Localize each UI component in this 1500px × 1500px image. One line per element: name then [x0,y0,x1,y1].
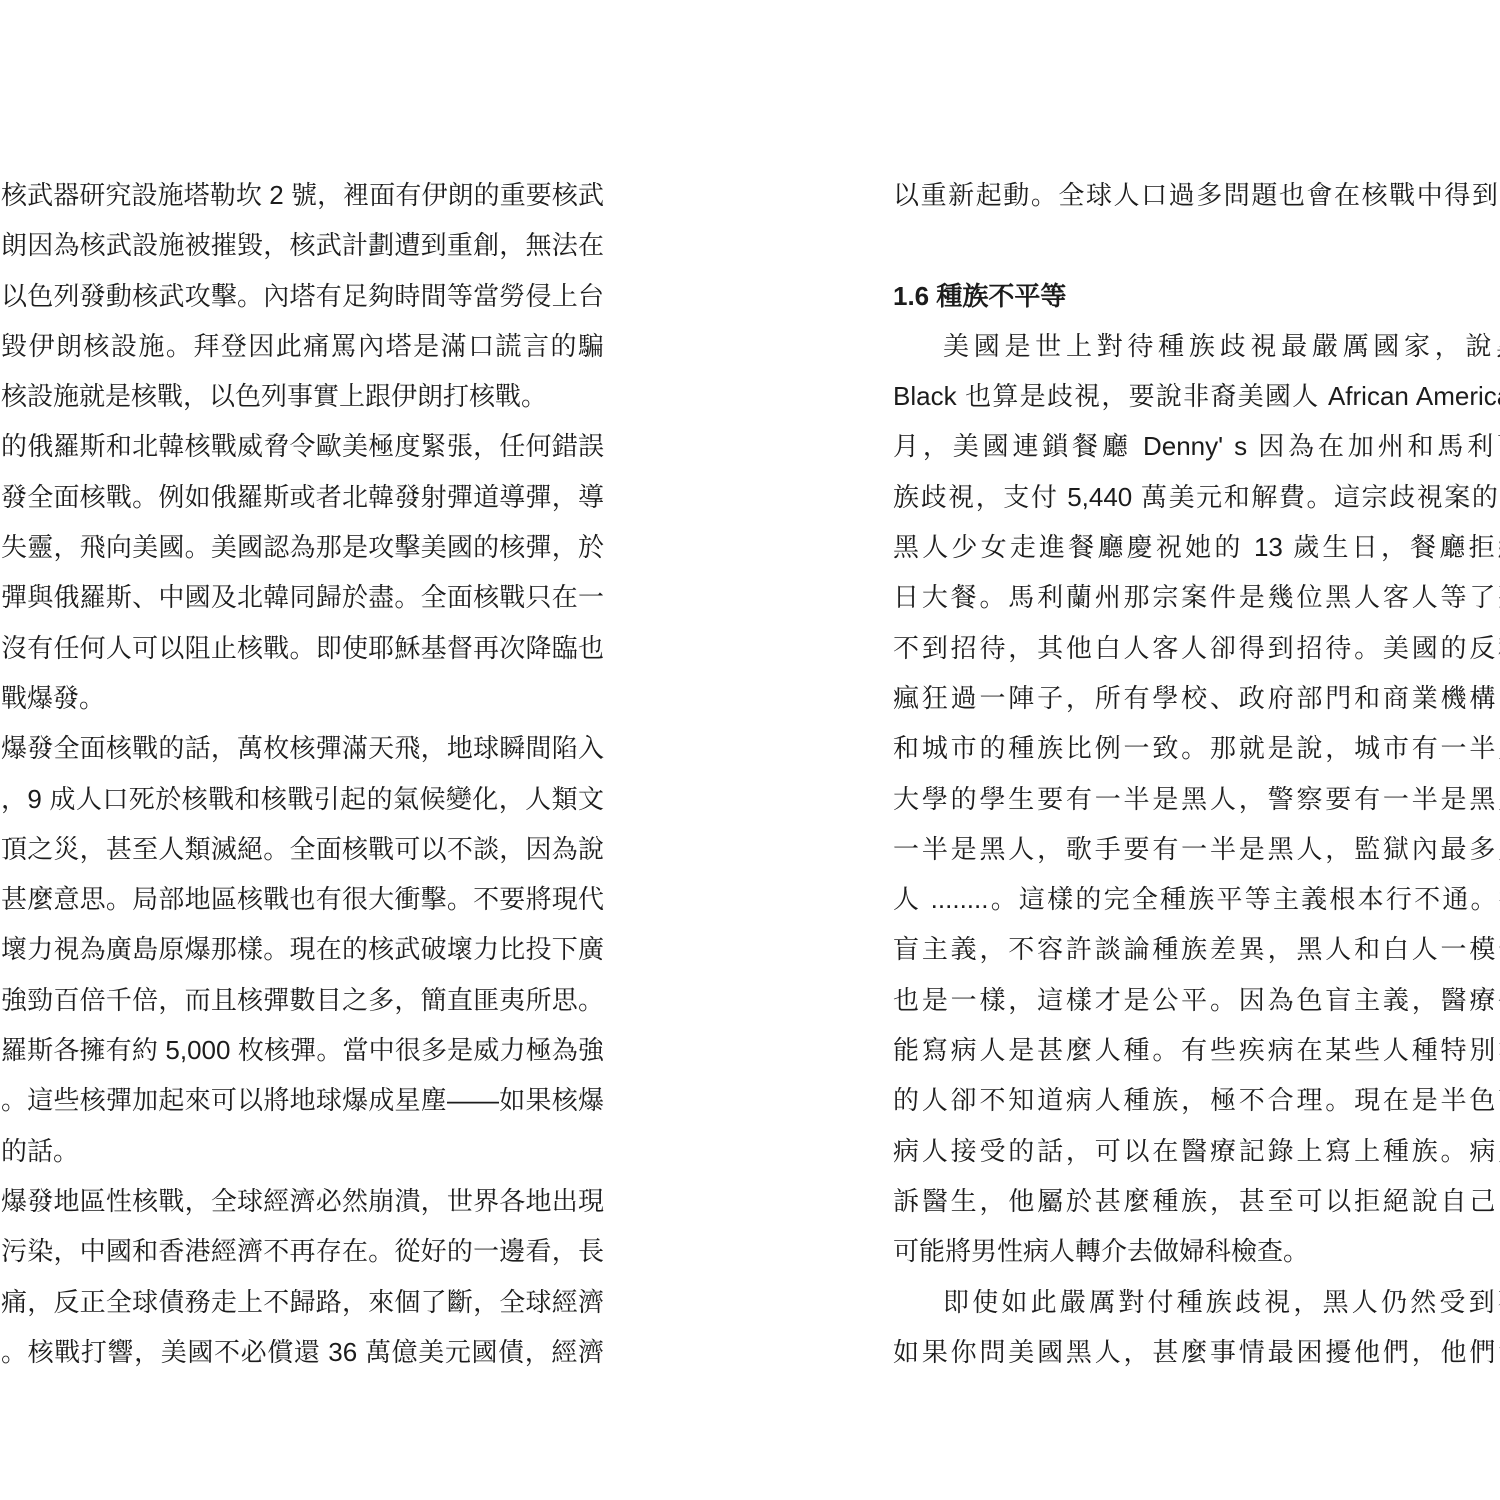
section-heading: 1.6 種族不平等 [893,271,1500,321]
text-line: 如果你問美國黑人，甚麼事情最困擾他們，他們會說 [893,1327,1500,1377]
blank-line [893,220,1500,270]
text-line: 族歧視，支付 5,440 萬美元和解費。這宗歧視案的起因 [893,472,1500,522]
left-page-text-column: 核武器研究設施塔勒坎 2 號，裡面有伊朗的重要核武 朗因為核武設施被摧毀，核武計… [1,170,604,1377]
text-line: 毀伊朗核設施。拜登因此痛罵內塔是滿口謊言的騙 [1,321,604,371]
text-line: 能寫病人是甚麼人種。有些疾病在某些人種特別流行 [893,1025,1500,1075]
text-line: 核武器研究設施塔勒坎 2 號，裡面有伊朗的重要核武 [1,170,604,220]
text-line: 即使如此嚴厲對付種族歧視，黑人仍然受到不平 [893,1277,1500,1327]
text-line: 核設施就是核戰，以色列事實上跟伊朗打核戰。 [1,371,604,421]
text-line: 朗因為核武設施被摧毀，核武計劃遭到重創，無法在 [1,220,604,270]
text-line: 頂之災，甚至人類滅絕。全面核戰可以不談，因為說 [1,824,604,874]
text-line: 。這些核彈加起來可以將地球爆成星塵——如果核爆 [1,1075,604,1125]
text-line: 沒有任何人可以阻止核戰。即使耶穌基督再次降臨也 [1,623,604,673]
text-line: 發全面核戰。例如俄羅斯或者北韓發射彈道導彈，導 [1,472,604,522]
text-line: 美國是世上對待種族歧視最嚴厲國家，說黑人 [893,321,1500,371]
text-line: 一半是黑人，歌手要有一半是黑人，監獄內最多只有 [893,824,1500,874]
right-page-text-column: 以重新起動。全球人口過多問題也會在核戰中得到徹底 1.6 種族不平等 美國是世上… [893,170,1500,1377]
text-line: 甚麼意思。局部地區核戰也有很大衝擊。不要將現代 [1,874,604,924]
text-line: 瘋狂過一陣子，所有學校、政府部門和商業機構的種 [893,673,1500,723]
text-line: 羅斯各擁有約 5,000 枚核彈。當中很多是威力極為強 [1,1025,604,1075]
text-line: 盲主義，不容許談論種族差異，黑人和白人一模一樣 [893,924,1500,974]
text-line: 黑人少女走進餐廳慶祝她的 13 歲生日，餐廳拒絕給 [893,522,1500,572]
text-line: 可能將男性病人轉介去做婦科檢查。 [893,1226,1500,1276]
book-page-spread: 核武器研究設施塔勒坎 2 號，裡面有伊朗的重要核武 朗因為核武設施被摧毀，核武計… [0,0,1500,1500]
text-line: 痛，反正全球債務走上不歸路，來個了斷，全球經濟 [1,1277,604,1327]
text-line: 壞力視為廣島原爆那樣。現在的核武破壞力比投下廣 [1,924,604,974]
text-line: 爆發地區性核戰，全球經濟必然崩潰，世界各地出現 [1,1176,604,1226]
text-line: 污染，中國和香港經濟不再存在。從好的一邊看，長 [1,1226,604,1276]
text-line: ，9 成人口死於核戰和核戰引起的氣候變化，人類文 [1,774,604,824]
text-line: 以色列發動核武攻擊。內塔有足夠時間等當勞侵上台 [1,271,604,321]
text-line: 和城市的種族比例一致。那就是說，城市有一半人口 [893,723,1500,773]
text-line: 彈與俄羅斯、中國及北韓同歸於盡。全面核戰只在一 [1,572,604,622]
text-line: 的俄羅斯和北韓核戰威脅令歐美極度緊張，任何錯誤 [1,421,604,471]
text-line: 也是一樣，這樣才是公平。因為色盲主義，醫療化驗 [893,975,1500,1025]
text-line: 人 ........。這樣的完全種族平等主義根本行不通。後來 [893,874,1500,924]
text-line: 。核戰打響，美國不必償還 36 萬億美元國債，經濟可 [1,1327,604,1377]
text-line: 病人接受的話，可以在醫療記錄上寫上種族。病人可 [893,1126,1500,1176]
text-line: 強勁百倍千倍，而且核彈數目之多，簡直匪夷所思。 [1,975,604,1025]
text-line: 的人卻不知道病人種族，極不合理。現在是半色盲狀 [893,1075,1500,1125]
text-line: 不到招待，其他白人客人卻得到招待。美國的反種族 [893,623,1500,673]
text-line: 訴醫生，他屬於甚麼種族，甚至可以拒絕說自己的性 [893,1176,1500,1226]
text-line: 的話。 [1,1126,604,1176]
text-line: 月，美國連鎖餐廳 Denny' s 因為在加州和馬利蘭州 [893,421,1500,471]
text-line: 失靈，飛向美國。美國認為那是攻擊美國的核彈，於 [1,522,604,572]
text-line: 以重新起動。全球人口過多問題也會在核戰中得到徹底 [893,170,1500,220]
text-line: 日大餐。馬利蘭州那宗案件是幾位黑人客人等了整整 [893,572,1500,622]
text-line: 大學的學生要有一半是黑人，警察要有一半是黑人， [893,774,1500,824]
text-line: Black 也算是歧視，要說非裔美國人 African American。 [893,371,1500,421]
text-line: 戰爆發。 [1,673,604,723]
text-line: 爆發全面核戰的話，萬枚核彈滿天飛，地球瞬間陷入 [1,723,604,773]
